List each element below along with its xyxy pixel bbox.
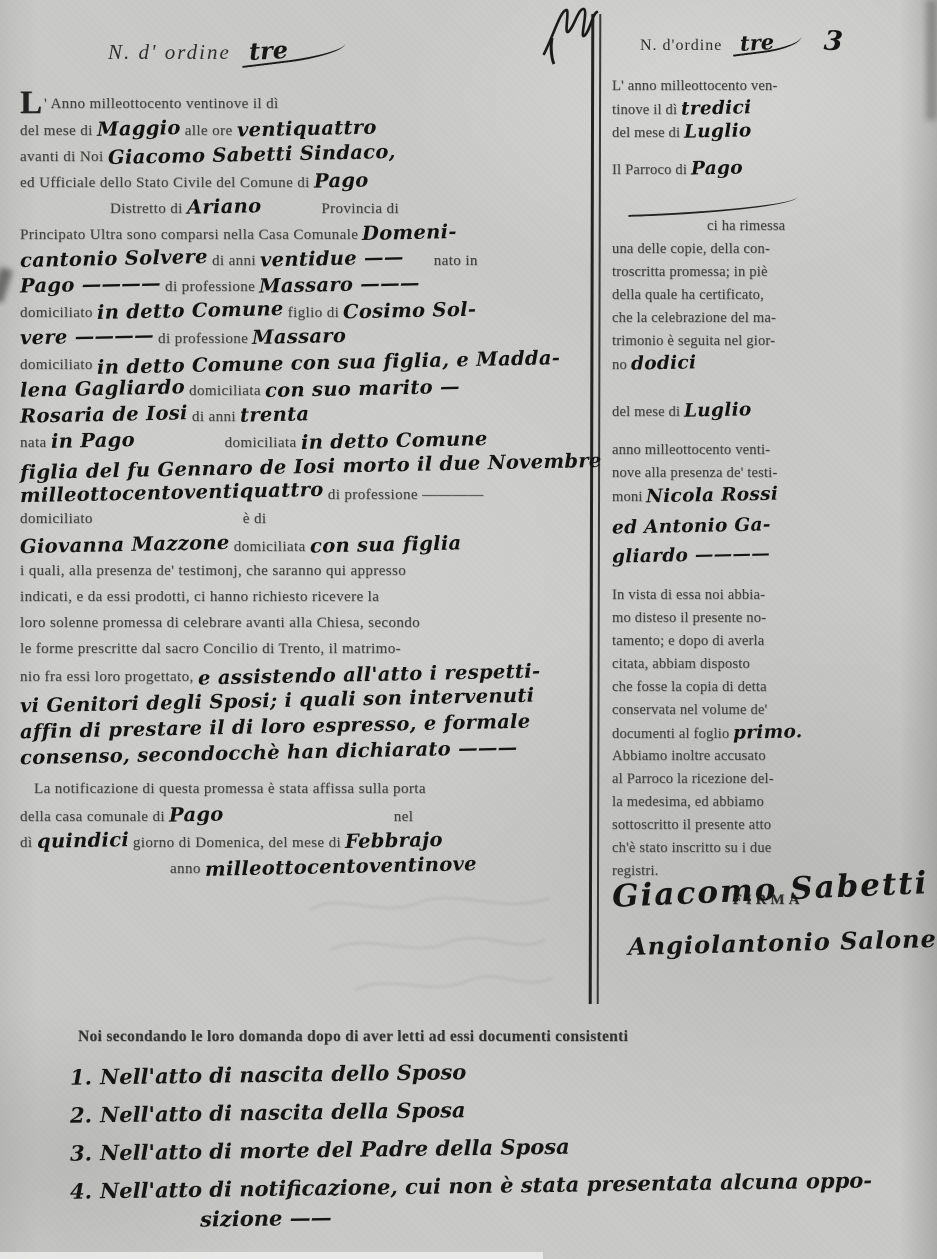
handwritten-entry: gliardo ————: [612, 542, 770, 568]
text-line: Pago ———— di professione Massaro ———: [20, 272, 585, 298]
printed-form-text: nata: [20, 435, 51, 451]
column-divider: [589, 14, 602, 1004]
printed-form-text: In vista di essa noi abbia-: [612, 587, 765, 603]
text-line: avanti di Noi Giacomo Sabetti Sindaco,: [20, 142, 585, 168]
text-line: che fosse la copia di detta: [612, 675, 924, 698]
edge-stain: [926, 0, 937, 120]
text-line: cantonio Solvere di anni ventidue ——nato…: [20, 246, 585, 272]
text-line: anno milleottocentoventinove: [170, 854, 585, 880]
list-item-text: Nell'atto di nascita dello Sposo: [100, 1059, 467, 1089]
text-line: indicati, e da essi prodotti, ci hanno r…: [20, 584, 585, 610]
handwritten-entry: milleottocentoventiquattro: [20, 477, 324, 509]
handwritten-entry: ventidue ——: [260, 244, 404, 273]
text-line: le forme prescritte dal sacro Concilio d…: [20, 636, 585, 662]
text-line: Il Parroco di Pago: [612, 157, 924, 180]
list-item-number: 1.: [70, 1064, 100, 1089]
text-line: milleottocentoventiquattro di profession…: [20, 480, 585, 506]
list-item-text: Nell'atto di morte del Padre della Sposa: [100, 1134, 570, 1166]
printed-form-text: Abbiamo inoltre accusato: [612, 748, 766, 764]
text-line: una delle copie, della con-: [612, 237, 924, 260]
list-item-number: 2.: [70, 1102, 100, 1127]
text-line: La notificazione di questa promessa è st…: [34, 776, 585, 802]
text-line: domiciliatoè di: [20, 506, 585, 532]
text-line: no dodici: [612, 352, 924, 375]
handwritten-entry: Pago: [314, 167, 369, 194]
text-line: della quale ha certificato,: [612, 283, 924, 306]
printed-form-text: del mese di: [20, 123, 97, 139]
printed-form-text: ci ha rimessa: [707, 218, 785, 234]
printed-form-text: di professione: [154, 331, 252, 347]
text-line: trimonio è seguita nel gior-: [612, 329, 924, 352]
text-line: al Parroco la ricezione del-: [612, 767, 924, 790]
text-line: domiciliato in detto Comune con sua figl…: [20, 350, 585, 376]
printed-form-text: della quale ha certificato,: [612, 287, 764, 303]
printed-form-text: di professione ————: [324, 487, 484, 503]
ink-smudge: [0, 267, 13, 303]
printed-form-text: moni: [612, 489, 646, 505]
signature-witness: Angiolantonio Salone: [628, 924, 937, 961]
footer-intro-text: Noi secondando le loro domanda dopo di a…: [78, 1028, 925, 1046]
printed-form-text: conservata nel volume de': [612, 702, 767, 718]
text-line: ci ha rimessa: [707, 214, 924, 237]
printed-form-text: domiciliata: [230, 539, 310, 555]
printed-form-text: nove alla presenza de' testi-: [612, 465, 777, 481]
handwritten-entry: Rosaria de Iosi: [20, 400, 188, 430]
text-line: citata, abbiam disposto: [612, 652, 924, 675]
handwritten-entry: Ariano: [187, 193, 262, 221]
handwritten-entry: Giovanna Mazzone: [20, 530, 230, 560]
printed-form-text: le forme prescritte dal sacro Concilio d…: [20, 641, 401, 657]
handwritten-entry: lena Gagliardo: [20, 374, 185, 403]
handwritten-entry: trenta: [240, 401, 310, 428]
printed-form-text: Distretto di: [110, 201, 187, 217]
printed-form-text: domiciliata: [225, 435, 301, 451]
printed-form-text: domiciliata: [185, 383, 265, 399]
text-line: documenti al foglio primo.: [612, 721, 924, 744]
list-item-number: 3.: [70, 1140, 100, 1165]
handwritten-entry: tredici: [681, 96, 752, 120]
printed-form-text: mo disteso il presente no-: [612, 610, 766, 626]
text-line: loro solenne promessa di celebrare avant…: [20, 610, 585, 636]
text-line: ch'è stato inscritto su i due: [612, 836, 924, 859]
list-item: sizione ——: [130, 1196, 925, 1232]
handwritten-entry: dodici: [631, 351, 697, 375]
handwritten-entry: quindici: [36, 827, 129, 855]
printed-form-text: anno: [170, 861, 205, 877]
handwritten-entry: Luglio: [684, 119, 752, 143]
printed-form-text: La notificazione di questa promessa è st…: [34, 781, 426, 797]
printed-form-text: domiciliato: [20, 511, 93, 527]
ink-scribble: [540, 4, 610, 71]
printed-form-text: L' anno milleottocento ven-: [612, 78, 777, 94]
printed-form-text: avanti di Noi: [20, 149, 108, 165]
document-list: 1.Nell'atto di nascita dello Sposo2.Nell…: [30, 1059, 925, 1227]
text-line: Principato Ultra sono comparsi nella Cas…: [20, 220, 585, 246]
footer-section: Noi secondando le loro domanda dopo di a…: [30, 1028, 925, 1227]
printed-form-text: Principato Ultra sono comparsi nella Cas…: [20, 227, 362, 243]
order-label: N. d'ordine: [640, 37, 722, 54]
printed-form-text: è di: [243, 511, 267, 527]
printed-form-text: anno milleottocento venti-: [612, 442, 770, 458]
printed-form-text: tamento; e dopo di averla: [612, 633, 764, 649]
handwritten-entry: vere ————: [20, 323, 154, 352]
handwritten-entry: ed Antonio Ga-: [612, 513, 771, 539]
handwritten-entry: Febbrajo: [345, 827, 443, 855]
printed-form-text: domiciliato: [20, 357, 97, 373]
printed-form-text: la medesima, ed abbiamo: [612, 794, 764, 810]
text-line: la medesima, ed abbiamo: [612, 790, 924, 813]
printed-form-text: che la celebrazione del ma-: [612, 310, 776, 326]
handwritten-entry: Pago: [691, 156, 743, 180]
text-line: gliardo ————: [612, 544, 924, 567]
list-item-text: Nell'atto di nascita della Sposa: [100, 1097, 466, 1127]
order-number-handwritten: tre: [740, 29, 775, 56]
printed-form-text: no: [612, 357, 631, 373]
text-line: domiciliato in detto Comune figlio di Co…: [20, 298, 585, 324]
text-line: Distretto di ArianoProvincia di: [110, 194, 585, 220]
text-line: L' anno milleottocento ven-: [612, 74, 924, 97]
printed-form-text: del mese di: [612, 404, 684, 420]
handwritten-entry: con suo marito —: [265, 374, 460, 404]
handwritten-entry: in detto Comune: [97, 296, 284, 326]
text-line: dì quindici giorno di Domenica, del mese…: [20, 828, 585, 854]
handwritten-entry: Pago: [169, 801, 224, 828]
printed-form-text: loro solenne promessa di celebrare avant…: [20, 615, 420, 631]
list-item-text: sizione ——: [200, 1205, 332, 1232]
handwritten-entry: Nicola Rossi: [646, 483, 779, 509]
text-line: troscritta promessa; in piè: [612, 260, 924, 283]
printed-form-text: i quali, alla presenza de' testimonj, ch…: [20, 563, 406, 579]
printed-form-text: tinove il dì: [612, 102, 681, 118]
printed-form-text: citata, abbiam disposto: [612, 656, 750, 672]
printed-form-text: di anni: [188, 409, 240, 425]
handwritten-entry: con sua figlia: [310, 530, 462, 559]
printed-form-text: al Parroco la ricezione del-: [612, 771, 774, 787]
printed-form-text: che fosse la copia di detta: [612, 679, 767, 695]
order-header-left: N. d' ordine tre: [108, 36, 288, 65]
handwritten-entry: Domeni-: [362, 219, 457, 247]
list-item: 1.Nell'atto di nascita dello Sposo: [30, 1053, 925, 1090]
handwritten-entry: Maggio: [97, 115, 181, 143]
order-label: N. d' ordine: [108, 40, 231, 64]
list-item-number: 4.: [70, 1178, 100, 1203]
text-line: sottoscritto il presente atto: [612, 813, 924, 836]
list-item: 2.Nell'atto di nascita della Sposa: [30, 1091, 925, 1128]
text-line: Abbiamo inoltre accusato: [612, 744, 924, 767]
printed-form-text: domiciliato: [20, 305, 97, 321]
text-line: i quali, alla presenza de' testimonj, ch…: [20, 558, 585, 584]
text-line: della casa comunale di Pagonel: [20, 802, 585, 828]
printed-form-text: trimonio è seguita nel gior-: [612, 333, 775, 349]
handwritten-entry: Luglio: [684, 398, 752, 422]
text-line: lena Gagliardo domiciliata con suo marit…: [20, 376, 585, 402]
printed-form-text: troscritta promessa; in piè: [612, 264, 768, 280]
text-line: figlia del fu Gennaro de Iosi morto il d…: [20, 454, 585, 480]
printed-form-text: di professione: [161, 279, 259, 295]
text-line: tamento; e dopo di averla: [612, 629, 924, 652]
text-line: anno milleottocento venti-: [612, 438, 924, 461]
handwritten-entry: Massaro: [252, 323, 347, 351]
printed-form-text: di anni: [208, 253, 260, 269]
text-line: del mese di Luglio: [612, 120, 924, 143]
printed-form-text: figlio di: [284, 305, 344, 321]
text-line: conservata nel volume de': [612, 698, 924, 721]
printed-form-text: giorno di Domenica, del mese di: [129, 835, 345, 851]
printed-form-text: dì: [20, 835, 37, 851]
handwritten-entry: cantonio Solvere: [20, 244, 208, 274]
handwritten-entry: in Pago: [50, 427, 134, 455]
page-number: 3: [823, 25, 844, 57]
handwritten-entry: Cosimo Sol-: [343, 297, 477, 326]
printed-form-text: nel: [394, 809, 414, 825]
text-line: In vista di essa noi abbia-: [612, 583, 924, 606]
text-line: che la celebrazione del ma-: [612, 306, 924, 329]
bleed-through-mark: [300, 880, 560, 1015]
printed-form-text: ed Ufficiale dello Stato Civile del Comu…: [20, 175, 314, 191]
scanned-civil-record-page: N. d' ordine tre N. d'ordine tre 3 L' An…: [0, 0, 937, 1259]
text-line: consenso, secondocchè han dichiarato ———: [20, 740, 585, 766]
printed-form-text: del mese di: [612, 125, 684, 141]
handwritten-entry: Pago ————: [20, 271, 161, 300]
text-line: moni Nicola Rossi: [612, 484, 924, 507]
printed-form-text: ' Anno milleottocento ventinove il dì: [44, 96, 279, 112]
printed-form-text: Il Parroco di: [612, 162, 691, 178]
printed-form-text: indicati, e da essi prodotti, ci hanno r…: [20, 589, 379, 605]
printed-form-text: nio fra essi loro progettato,: [20, 669, 198, 685]
order-header-right: N. d'ordine tre 3: [640, 26, 843, 57]
printed-form-text: sottoscritto il presente atto: [612, 817, 771, 833]
printed-form-text: ch'è stato inscritto su i due: [612, 840, 771, 856]
text-line: Rosaria de Iosi di anni trenta: [20, 402, 585, 428]
text-line: mo disteso il presente no-: [612, 606, 924, 629]
printed-form-text: una delle copie, della con-: [612, 241, 770, 257]
printed-form-text: alle ore: [181, 123, 237, 139]
order-number-handwritten: tre: [248, 35, 288, 66]
text-line: ed Antonio Ga-: [612, 515, 924, 538]
text-line: Giovanna Mazzone domiciliata con sua fig…: [20, 532, 585, 558]
printed-form-text: documenti al foglio: [612, 726, 733, 742]
handwritten-entry: milleottocentoventinove: [205, 851, 477, 883]
text-line: del mese di Luglio: [612, 399, 924, 422]
printed-form-text: della casa comunale di: [20, 809, 169, 825]
left-column-act-text: L' Anno milleottocento ventinove il dìde…: [20, 90, 585, 880]
printed-form-text: nato in: [434, 253, 478, 269]
text-line: del mese di Maggio alle ore ventiquattro: [20, 116, 585, 142]
text-line: L' Anno milleottocento ventinove il dì: [20, 90, 585, 116]
list-item: 3.Nell'atto di morte del Padre della Spo…: [30, 1129, 925, 1166]
scan-edge: [0, 1252, 543, 1259]
handwritten-entry: Giacomo Sabetti Sindaco,: [107, 139, 395, 171]
text-line: ed Ufficiale dello Stato Civile del Comu…: [20, 168, 585, 194]
printed-form-text: Provincia di: [321, 201, 399, 217]
text-line: tinove il dì tredici: [612, 97, 924, 120]
handwritten-entry: primo.: [733, 720, 803, 744]
text-line: nove alla presenza de' testi-: [612, 461, 924, 484]
